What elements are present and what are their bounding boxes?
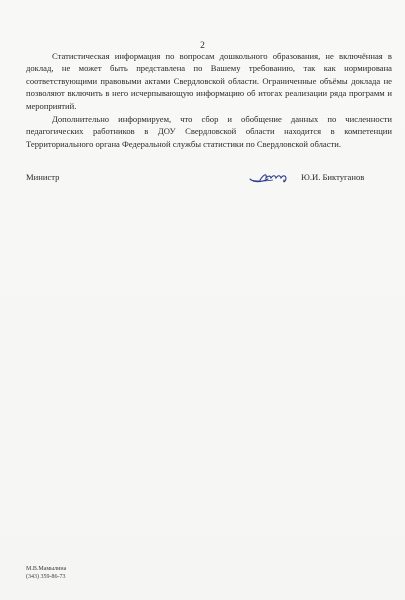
executor-footer: М.В.Мамылина (343) 359-86-73 [26,565,66,581]
position-title: Министр [26,172,59,182]
paragraph-2: Дополнительно информируем, что сбор и об… [26,113,392,150]
executor-phone: (343) 359-86-73 [26,573,66,581]
paragraph-1: Статистическая информация по вопросам до… [26,50,392,112]
signature-icon [248,170,294,184]
signer-name: Ю.И. Биктуганов [301,172,364,182]
document-page: 2 Статистическая информация по вопросам … [0,0,405,600]
signature-block: Министр Ю.И. Биктуганов [26,170,392,186]
body-text: Статистическая информация по вопросам до… [26,50,392,150]
executor-name: М.В.Мамылина [26,565,66,573]
